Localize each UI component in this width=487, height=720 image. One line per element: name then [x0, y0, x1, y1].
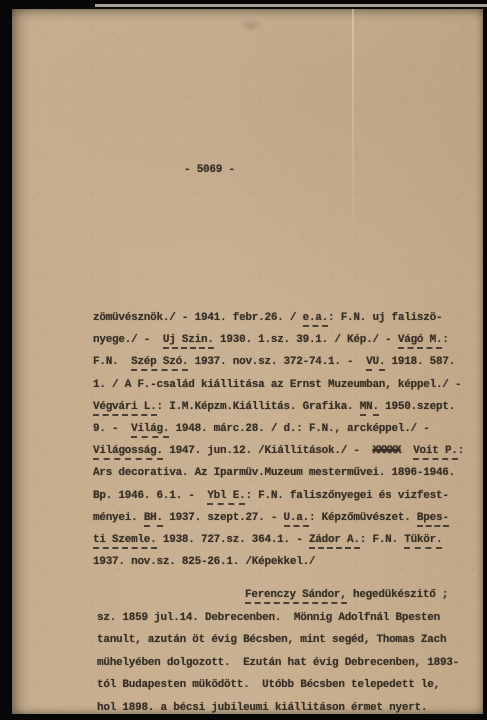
biography-line: Ferenczy Sándor, hegedükészitő ; — [97, 584, 477, 607]
text-segment: ményei. — [93, 512, 144, 524]
underlined-text: MN. — [360, 401, 379, 416]
text-segment: 1938. 727.sz. 364.1. - — [157, 534, 309, 546]
underlined-text: Világosság. — [93, 445, 163, 460]
underlined-text: VU. — [366, 356, 385, 371]
bibliography-line: zömüvésznök./ - 1941. febr.26. / e.a.: F… — [93, 307, 475, 329]
text-segment: 1930. 1.sz. 39.1. / Kép./ - — [214, 334, 398, 346]
text-segment: : Képzőmüvészet. — [309, 512, 417, 524]
bibliography-line: 9. - Világ. 1948. márc.28. / d.: F.N., a… — [93, 418, 475, 440]
biography-line: tól Budapesten müködött. Utóbb Bécsben t… — [97, 674, 477, 697]
biography-line: sz. 1859 jul.14. Debrecenben. Mönnig Ado… — [97, 607, 477, 630]
text-segment: nyege./ - — [93, 334, 163, 346]
bibliography-line: Világosság. 1947. jun.12. /Kiállitások./… — [93, 440, 475, 462]
text-segment: : — [458, 445, 464, 457]
struck-out-text: XXXXX — [372, 445, 400, 457]
scan-edge-artifact — [95, 4, 487, 7]
biography-block: Ferenczy Sándor, hegedükészitő ;sz. 1859… — [97, 584, 477, 720]
text-segment: tanult, azután öt évig Bécsben, mint seg… — [97, 634, 446, 646]
bibliography-line: ti Szemle. 1938. 727.sz. 364.1. - Zádor … — [93, 529, 475, 551]
text-segment: 1947. jun.12. /Kiállitások./ - — [163, 445, 373, 457]
text-segment: 1937. nov.sz. 372-74.1. - — [188, 356, 366, 368]
text-segment: : I.M.Képzm.Kiállitás. Grafika. — [157, 401, 360, 413]
text-segment: F.N. — [93, 356, 131, 368]
text-segment: 9. - — [93, 423, 131, 435]
underlined-text: Tükör. — [404, 534, 442, 549]
underlined-text: Ferenczy Sándor, — [245, 589, 347, 604]
text-segment: zömüvésznök./ - 1941. febr.26. / — [93, 312, 303, 324]
text-segment: : — [442, 334, 448, 346]
bibliography-line: 1. / A F.-család kiállitása az Ernst Muz… — [93, 374, 475, 396]
biography-line: mühelyében dolgozott. Ezután hat évig De… — [97, 652, 477, 675]
underlined-text: Vágó M. — [398, 334, 442, 349]
underlined-text: BH. — [144, 512, 163, 527]
text-segment: 1918. 587. — [385, 356, 455, 368]
text-segment: 1937. szept.27. - — [163, 512, 284, 524]
text-segment: : F.N. faliszőnyegei és vizfest- — [245, 490, 448, 502]
bibliography-line: nyege./ - Uj Szin. 1930. 1.sz. 39.1. / K… — [93, 329, 475, 351]
underlined-text: Ybl E. — [207, 490, 245, 505]
bibliography-line: F.N. Szép Szó. 1937. nov.sz. 372-74.1. -… — [93, 351, 475, 373]
page-number: - 5069 - — [184, 164, 235, 176]
paper-stain — [238, 18, 264, 32]
text-segment: Bp. 1946. 6.1. - — [93, 490, 207, 502]
text-segment: 1948. márc.28. / d.: F.N., arcképpel./ - — [169, 423, 429, 435]
bibliography-block: zömüvésznök./ - 1941. febr.26. / e.a.: F… — [93, 307, 475, 573]
bibliography-line: 1937. nov.sz. 825-26.1. /Képekkel./ — [93, 551, 475, 573]
biography-line: hol 1898. a bécsi jubileumi kiállitáson … — [97, 697, 477, 720]
text-segment: : F.N. — [360, 534, 404, 546]
underlined-text: Uj Szin. — [163, 334, 214, 349]
text-segment: : F.N. uj faliszö- — [328, 312, 442, 324]
underlined-text: e.a. — [303, 312, 328, 327]
underlined-text: Végvári L. — [93, 401, 157, 416]
underlined-text: Világ. — [131, 423, 169, 438]
biography-line: tanult, azután öt évig Bécsben, mint seg… — [97, 629, 477, 652]
text-segment: sz. 1859 jul.14. Debrecenben. Mönnig Ado… — [97, 612, 440, 624]
underlined-text: U.a. — [284, 512, 309, 527]
text-segment: 1937. nov.sz. 825-26.1. /Képekkel./ — [93, 556, 315, 568]
text-segment: hol 1898. a bécsi jubileumi kiállitáson … — [97, 702, 427, 714]
text-segment: 1. / A F.-család kiállitása az Ernst Muz… — [93, 379, 461, 391]
underlined-text: Bpes- — [417, 512, 449, 527]
text-segment: mühelyében dolgozott. Ezután hat évig De… — [97, 657, 459, 669]
bibliography-line: ményei. BH. 1937. szept.27. - U.a.: Képz… — [93, 507, 475, 529]
bibliography-line: Végvári L.: I.M.Képzm.Kiállitás. Grafika… — [93, 396, 475, 418]
bibliography-line: Bp. 1946. 6.1. - Ybl E.: F.N. faliszőnye… — [93, 485, 475, 507]
paper-crease — [352, 9, 354, 259]
underlined-text: ti Szemle. — [93, 534, 157, 549]
text-segment: Ars decorativa. Az Iparmüv.Muzeum mester… — [93, 467, 455, 479]
text-segment: hegedükészitő ; — [347, 589, 449, 601]
bibliography-line: Ars decorativa. Az Iparmüv.Muzeum mester… — [93, 462, 475, 484]
underlined-text: Szép Szó. — [131, 356, 188, 371]
text-segment — [400, 445, 413, 457]
underlined-text: Voit P. — [413, 445, 457, 460]
scanned-page: - 5069 - zömüvésznök./ - 1941. febr.26. … — [0, 0, 487, 720]
underlined-text: Zádor A. — [309, 534, 360, 549]
text-segment: 1950.szept. — [379, 401, 455, 413]
text-segment: tól Budapesten müködött. Utóbb Bécsben t… — [97, 679, 440, 691]
